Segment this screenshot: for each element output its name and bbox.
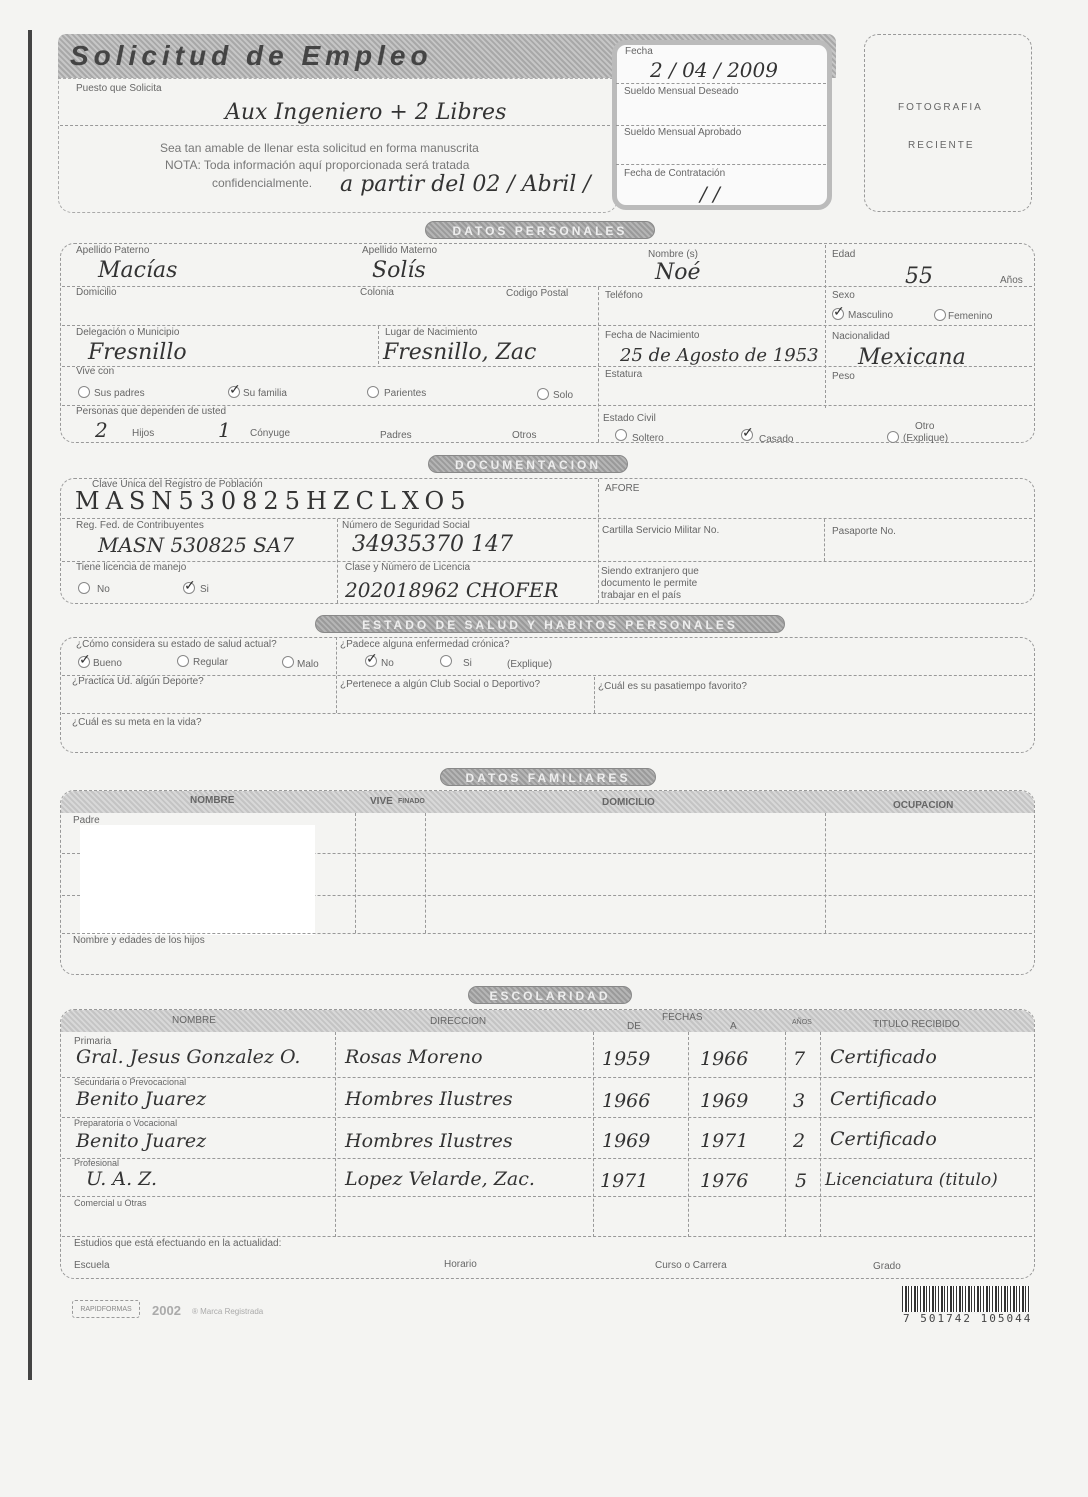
row-a[interactable]: 1966 xyxy=(700,1048,748,1070)
salud-malo-radio[interactable] xyxy=(282,656,294,668)
row-direccion[interactable]: Hombres Ilustres xyxy=(345,1088,513,1110)
sexo-label: Sexo xyxy=(832,290,855,301)
conyuge-value[interactable]: 1 xyxy=(218,418,231,442)
section-familiares: DATOS FAMILIARES xyxy=(440,768,656,786)
esc-col-de: DE xyxy=(627,1021,641,1032)
row-de[interactable]: 1969 xyxy=(602,1130,650,1152)
grado-label: Grado xyxy=(873,1261,901,1272)
sexo-femenino-label: Femenino xyxy=(948,311,992,322)
soltero-label: Soltero xyxy=(632,433,664,444)
escuela-label: Escuela xyxy=(74,1260,110,1271)
licencia-si-label: Si xyxy=(200,584,209,595)
salud-malo-label: Malo xyxy=(297,659,319,670)
cp-label: Codigo Postal xyxy=(506,288,568,299)
salud-regular-radio[interactable] xyxy=(177,655,189,667)
extranjero-line3: trabajar en el país xyxy=(601,590,681,601)
row-anos[interactable]: 5 xyxy=(795,1170,807,1192)
vive-solo-label: Solo xyxy=(553,390,573,401)
nombre-label: Nombre (s) xyxy=(648,249,698,260)
row-nombre[interactable]: Benito Juarez xyxy=(76,1130,206,1152)
cartilla-label: Cartilla Servicio Militar No. xyxy=(602,525,719,536)
barcode-number: 7 501742 105044 xyxy=(903,1312,1032,1325)
vive-sus-padres-label: Sus padres xyxy=(94,388,145,399)
row-level: Preparatoria o Vocacional xyxy=(74,1118,177,1128)
vive-con-label: Vive con xyxy=(76,366,114,377)
casado-label: Casado xyxy=(759,434,793,445)
hijos-value[interactable]: 2 xyxy=(95,418,108,442)
barcode-icon xyxy=(902,1286,1030,1312)
row-titulo[interactable]: Certificado xyxy=(830,1088,937,1110)
row-direccion[interactable]: Hombres Ilustres xyxy=(345,1130,513,1152)
section-escolaridad: ESCOLARIDAD xyxy=(468,986,632,1004)
esc-col-anos: AÑOS xyxy=(792,1019,812,1026)
rfc-label: Reg. Fed. de Contribuyentes xyxy=(76,520,204,531)
col-domicilio: DOMICILIO xyxy=(602,797,655,808)
fecha-contratacion-label: Fecha de Contratación xyxy=(624,168,725,179)
rfc-value[interactable]: MASN 530825 SA7 xyxy=(98,533,294,557)
apellido-materno-value[interactable]: Solís xyxy=(372,258,426,283)
instructions-line3: confidencialmente. xyxy=(212,176,312,190)
curp-value[interactable]: MASN530825HZCLXO5 xyxy=(75,487,471,515)
salud-label: ¿Cómo considera su estado de salud actua… xyxy=(76,639,277,650)
row-direccion[interactable]: Rosas Moreno xyxy=(345,1046,483,1068)
peso-label: Peso xyxy=(832,371,855,382)
otros-label: Otros xyxy=(512,430,536,441)
col-vive: VIVE xyxy=(370,796,393,807)
row-de[interactable]: 1959 xyxy=(602,1048,650,1070)
otro-radio[interactable] xyxy=(887,431,899,443)
licencia-si-radio[interactable] xyxy=(183,582,195,594)
nombre-value[interactable]: Noé xyxy=(655,260,701,285)
conyuge-label: Cónyuge xyxy=(250,428,290,439)
lugar-nac-label: Lugar de Nacimiento xyxy=(385,327,477,338)
row-nombre[interactable]: Gral. Jesus Gonzalez O. xyxy=(76,1046,300,1068)
photo-box xyxy=(864,34,1032,212)
lugar-nac-value[interactable]: Fresnillo, Zac xyxy=(383,340,536,365)
cronica-no-label: No xyxy=(381,658,394,669)
edad-label: Edad xyxy=(832,249,855,260)
row-anos[interactable]: 3 xyxy=(793,1090,805,1112)
otro-explique-label: (Explique) xyxy=(903,433,948,444)
row-titulo[interactable]: Certificado xyxy=(830,1128,937,1150)
row-anos[interactable]: 7 xyxy=(793,1048,805,1070)
photo-line1: FOTOGRAFIA xyxy=(898,102,983,113)
esc-col-direccion: DIRECCION xyxy=(430,1016,486,1027)
esc-col-a: A xyxy=(730,1021,737,1032)
row-titulo[interactable]: Certificado xyxy=(830,1046,937,1068)
row-titulo[interactable]: Licenciatura (titulo) xyxy=(825,1170,998,1190)
row-level: Secundaria o Prevocacional xyxy=(74,1077,186,1087)
colonia-label: Colonia xyxy=(360,287,394,298)
municipio-value[interactable]: Fresnillo xyxy=(88,340,187,365)
vive-parientes-label: Parientes xyxy=(384,388,426,399)
col-finado: FINADO xyxy=(398,798,425,805)
curso-label: Curso o Carrera xyxy=(655,1260,727,1271)
cronica-label: ¿Padece alguna enfermedad crónica? xyxy=(340,639,510,650)
estado-civil-label: Estado Civil xyxy=(603,413,656,424)
cronica-explique-label: (Explique) xyxy=(507,659,552,670)
deporte-label: ¿Practica Ud. algún Deporte? xyxy=(72,676,204,687)
otro-label: Otro xyxy=(915,421,934,432)
hijos-label: Hijos xyxy=(132,428,154,439)
dependientes-label: Personas que dependen de usted xyxy=(76,406,226,417)
salud-bueno-radio[interactable] xyxy=(78,656,90,668)
form-title: Solicitud de Empleo xyxy=(70,40,433,72)
municipio-label: Delegación o Municipio xyxy=(76,327,179,338)
row-de[interactable]: 1971 xyxy=(600,1170,648,1192)
row-level: Comercial u Otras xyxy=(74,1198,147,1208)
estatura-label: Estatura xyxy=(605,369,642,380)
pasatiempo-label: ¿Cuál es su pasatiempo favorito? xyxy=(598,681,747,692)
sueldo-deseado-label: Sueldo Mensual Deseado xyxy=(624,86,739,97)
apellido-materno-label: Apellido Materno xyxy=(362,245,437,256)
footer-year: 2002 xyxy=(152,1303,181,1318)
nss-label: Número de Seguridad Social xyxy=(342,520,470,531)
licencia-no-label: No xyxy=(97,584,110,595)
col-nombre: NOMBRE xyxy=(190,795,234,806)
sexo-femenino-radio[interactable] xyxy=(934,309,946,321)
salud-bueno-label: Bueno xyxy=(93,658,122,669)
nss-value[interactable]: 34935370 147 xyxy=(352,532,513,557)
meta-label: ¿Cuál es su meta en la vida? xyxy=(72,717,202,728)
instructions-line2: NOTA: Toda información aquí proporcionad… xyxy=(165,158,469,172)
cronica-si-label: Si xyxy=(463,658,472,669)
clase-licencia-value[interactable]: 202018962 CHOFER xyxy=(345,578,559,602)
cronica-si-radio[interactable] xyxy=(440,655,452,667)
domicilio-label: Domicilio xyxy=(76,287,117,298)
esc-col-fechas: FECHAS xyxy=(662,1012,703,1023)
vive-solo-radio[interactable] xyxy=(537,388,549,400)
vive-su-familia-label: Su familia xyxy=(243,388,287,399)
photo-line2: RECIENTE xyxy=(908,140,975,151)
section-salud: ESTADO DE SALUD Y HABITOS PERSONALES xyxy=(315,615,785,633)
sueldo-aprobado-label: Sueldo Mensual Aprobado xyxy=(624,127,741,138)
fecha-value[interactable]: 2 / 04 / 2009 xyxy=(650,58,778,82)
row-nombre[interactable]: Benito Juarez xyxy=(76,1088,206,1110)
esc-col-titulo: TITULO RECIBIDO xyxy=(873,1019,960,1030)
section-documentacion: DOCUMENTACION xyxy=(428,455,628,473)
horario-label: Horario xyxy=(444,1259,477,1270)
redacted-area xyxy=(80,825,315,935)
telefono-label: Teléfono xyxy=(605,290,643,301)
pasaporte-label: Pasaporte No. xyxy=(832,526,896,537)
instructions-line1: Sea tan amable de llenar esta solicitud … xyxy=(160,141,479,155)
casado-radio[interactable] xyxy=(741,429,753,441)
fecha-nac-value[interactable]: 25 de Agosto de 1953 xyxy=(620,345,819,366)
sexo-masculino-label: Masculino xyxy=(848,310,893,321)
row-level: Profesional xyxy=(74,1158,119,1168)
fecha-contratacion-value[interactable]: / / xyxy=(700,182,720,206)
page-edge xyxy=(28,30,32,1380)
row-anos[interactable]: 2 xyxy=(793,1130,805,1152)
salud-box xyxy=(60,637,1035,753)
vive-su-familia-radio[interactable] xyxy=(228,386,240,398)
fecha-nac-label: Fecha de Nacimiento xyxy=(605,330,700,341)
fecha-label: Fecha xyxy=(625,46,653,57)
licencia-label: Tiene licencia de manejo xyxy=(76,562,186,573)
soltero-radio[interactable] xyxy=(615,429,627,441)
footer-trademark: ® Marca Registrada xyxy=(192,1307,263,1316)
apellido-paterno-label: Apellido Paterno xyxy=(76,245,149,256)
sexo-masculino-radio[interactable] xyxy=(832,308,844,320)
cronica-no-radio[interactable] xyxy=(365,655,377,667)
row-a[interactable]: 1969 xyxy=(700,1090,748,1112)
vive-parientes-radio[interactable] xyxy=(367,386,379,398)
licencia-no-radio[interactable] xyxy=(78,582,90,594)
vive-sus-padres-radio[interactable] xyxy=(78,386,90,398)
hijos-nombres-label: Nombre y edades de los hijos xyxy=(73,935,205,946)
row-direccion[interactable]: Lopez Velarde, Zac. xyxy=(345,1168,535,1190)
clase-licencia-label: Clase y Número de Licencia xyxy=(345,562,470,573)
apellido-paterno-value[interactable]: Macías xyxy=(98,258,177,283)
salud-regular-label: Regular xyxy=(193,657,228,668)
extranjero-line2: documento le permite xyxy=(601,578,697,589)
section-datos-personales: DATOS PERSONALES xyxy=(425,221,655,239)
start-note: a partir del 02 / Abril / xyxy=(340,172,591,197)
row-de[interactable]: 1966 xyxy=(602,1090,650,1112)
col-ocupacion: OCUPACION xyxy=(893,800,953,811)
actuales-label: Estudios que está efectuando en la actua… xyxy=(74,1238,281,1249)
brand-logo: RAPIDFORMAS xyxy=(72,1300,140,1318)
row-nombre[interactable]: U. A. Z. xyxy=(86,1168,157,1190)
row-a[interactable]: 1976 xyxy=(700,1170,748,1192)
extranjero-line1: Siendo extranjero que xyxy=(601,566,699,577)
afore-label: AFORE xyxy=(605,483,639,494)
esc-col-nombre: NOMBRE xyxy=(172,1015,216,1026)
puesto-label: Puesto que Solicita xyxy=(76,83,162,94)
row-a[interactable]: 1971 xyxy=(700,1130,748,1152)
padres-label: Padres xyxy=(380,430,412,441)
anos-label: Años xyxy=(1000,275,1023,286)
club-label: ¿Pertenece a algún Club Social o Deporti… xyxy=(340,679,540,690)
puesto-value[interactable]: Aux Ingeniero + 2 Libres xyxy=(225,100,506,125)
nacionalidad-label: Nacionalidad xyxy=(832,331,890,342)
